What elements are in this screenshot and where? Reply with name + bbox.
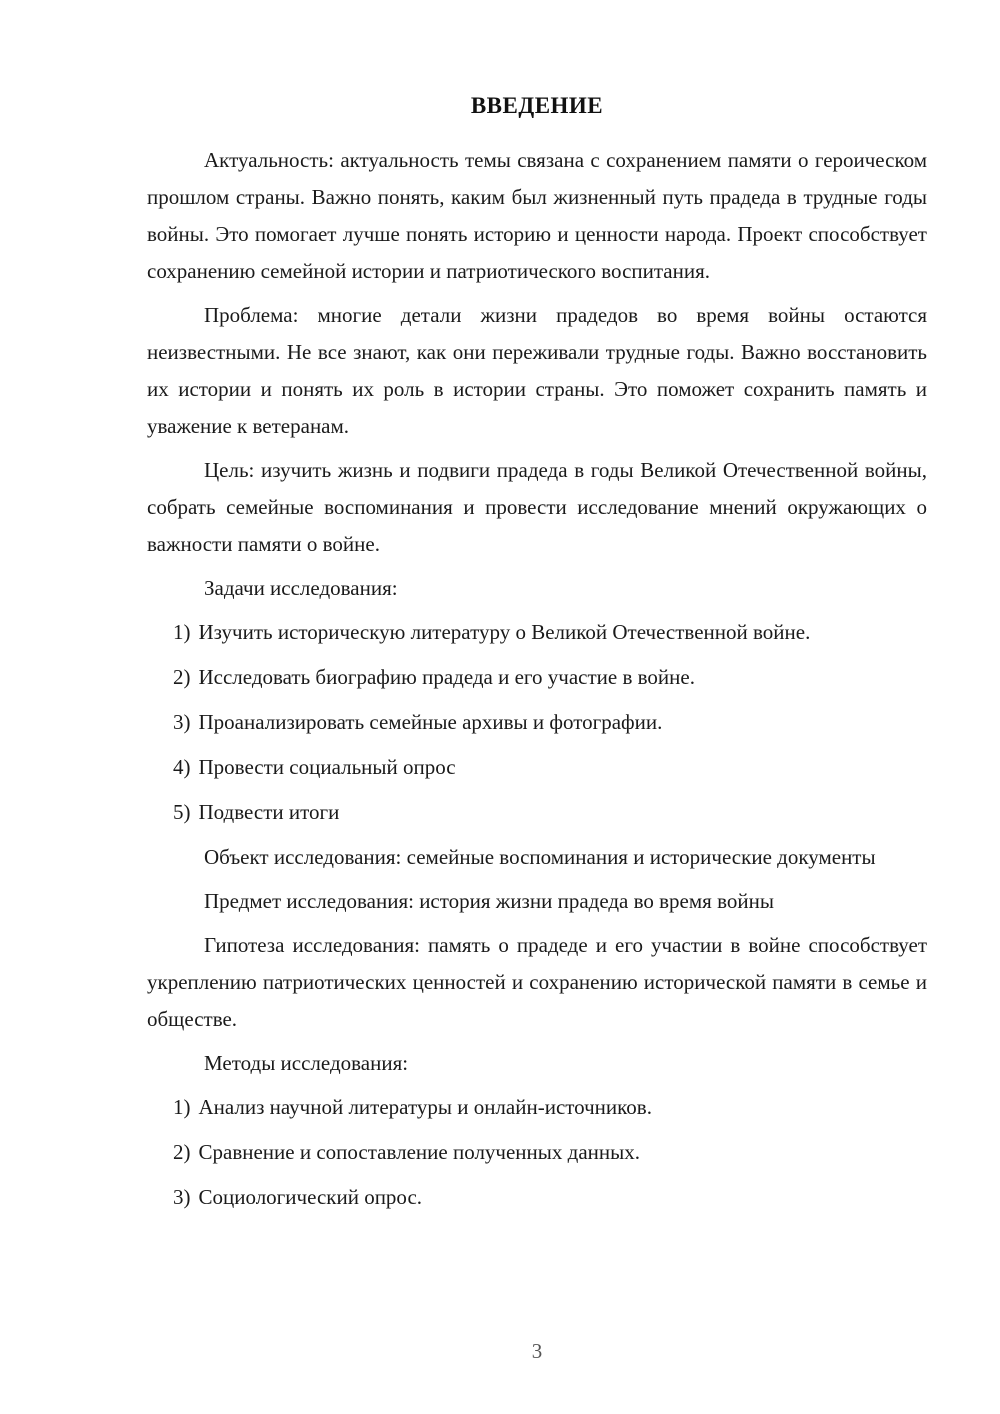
list-item-text: Социологический опрос. bbox=[199, 1185, 423, 1209]
task-list-item-1: 1)Изучить историческую литературу о Вели… bbox=[147, 614, 927, 651]
method-list-item-3: 3)Социологический опрос. bbox=[147, 1179, 927, 1216]
list-item-text: Проанализировать семейные архивы и фотог… bbox=[199, 710, 663, 734]
list-marker: 2) bbox=[173, 1140, 191, 1164]
list-marker: 1) bbox=[173, 620, 191, 644]
task-list-item-5: 5)Подвести итоги bbox=[147, 794, 927, 831]
task-list-item-2: 2)Исследовать биографию прадеда и его уч… bbox=[147, 659, 927, 696]
method-list-item-2: 2)Сравнение и сопоставление полученных д… bbox=[147, 1134, 927, 1171]
task-list-item-4: 4)Провести социальный опрос bbox=[147, 749, 927, 786]
list-marker: 3) bbox=[173, 710, 191, 734]
paragraph-object: Объект исследования: семейные воспоминан… bbox=[147, 839, 927, 876]
list-item-text: Изучить историческую литературу о Велико… bbox=[199, 620, 811, 644]
paragraph-relevance: Актуальность: актуальность темы связана … bbox=[147, 142, 927, 290]
page-title: ВВЕДЕНИЕ bbox=[147, 93, 927, 119]
list-item-text: Сравнение и сопоставление полученных дан… bbox=[199, 1140, 640, 1164]
list-item-text: Анализ научной литературы и онлайн-источ… bbox=[199, 1095, 652, 1119]
page-number: 3 bbox=[147, 1339, 927, 1364]
list-item-text: Провести социальный опрос bbox=[199, 755, 456, 779]
list-marker: 2) bbox=[173, 665, 191, 689]
method-list-item-1: 1)Анализ научной литературы и онлайн-ист… bbox=[147, 1089, 927, 1126]
paragraph-methods-heading: Методы исследования: bbox=[147, 1045, 927, 1082]
paragraph-tasks-heading: Задачи исследования: bbox=[147, 570, 927, 607]
paragraph-goal: Цель: изучить жизнь и подвиги прадеда в … bbox=[147, 452, 927, 563]
paragraph-hypothesis: Гипотеза исследования: память о прадеде … bbox=[147, 927, 927, 1038]
paragraph-problem: Проблема: многие детали жизни прадедов в… bbox=[147, 297, 927, 445]
list-item-text: Исследовать биографию прадеда и его учас… bbox=[199, 665, 695, 689]
list-marker: 1) bbox=[173, 1095, 191, 1119]
list-item-text: Подвести итоги bbox=[199, 800, 340, 824]
paragraph-subject: Предмет исследования: история жизни прад… bbox=[147, 883, 927, 920]
list-marker: 3) bbox=[173, 1185, 191, 1209]
list-marker: 4) bbox=[173, 755, 191, 779]
list-marker: 5) bbox=[173, 800, 191, 824]
task-list-item-3: 3)Проанализировать семейные архивы и фот… bbox=[147, 704, 927, 741]
document-page: ВВЕДЕНИЕ Актуальность: актуальность темы… bbox=[0, 0, 1000, 1216]
